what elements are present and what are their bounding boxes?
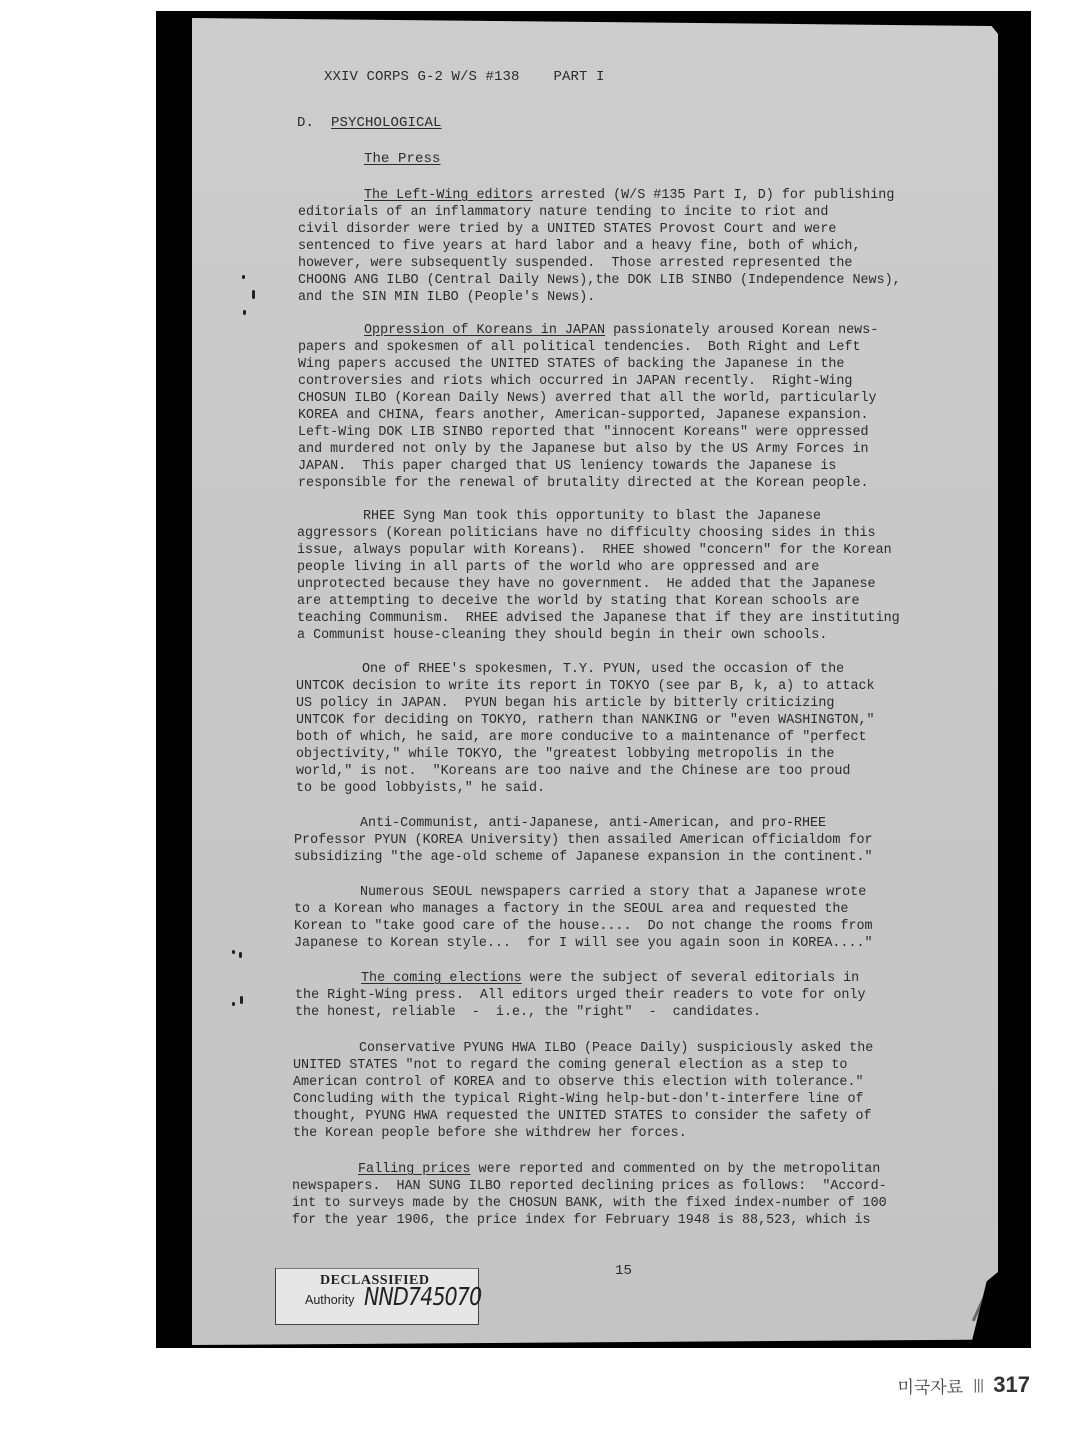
paragraph-line: CHOSUN ILBO (Korean Daily News) averred … <box>298 390 958 407</box>
paragraph-oppression-of-koreans: Oppression of Koreans in JAPAN passionat… <box>298 322 958 492</box>
paragraph-line: Left-Wing DOK LIB SINBO reported that "i… <box>298 424 958 441</box>
paragraph-pyung-hwa-ilbo: Conservative PYUNG HWA ILBO (Peace Daily… <box>293 1040 953 1142</box>
paragraph-pyun-spokesman: One of RHEE's spokesmen, T.Y. PYUN, used… <box>296 661 956 797</box>
stamp-authority-code: NND745070 <box>364 1282 481 1311</box>
paragraph-line: Oppression of Koreans in JAPAN passionat… <box>298 322 958 339</box>
margin-mark <box>242 275 245 279</box>
footer-separator: ||| <box>973 1378 983 1393</box>
paragraph-line: newspapers. HAN SUNG ILBO reported decli… <box>292 1178 952 1195</box>
paragraph-lead: Falling prices <box>358 1162 471 1177</box>
paragraph-line: people living in all parts of the world … <box>297 559 957 576</box>
paragraph-line: Falling prices were reported and comment… <box>292 1161 952 1178</box>
paragraph-coming-elections: The coming elections were the subject of… <box>295 970 955 1021</box>
document-page: XXIV CORPS G-2 W/S #138 PART I D. PSYCHO… <box>192 18 998 1345</box>
paragraph-line: Anti-Communist, anti-Japanese, anti-Amer… <box>294 815 954 832</box>
paragraph-line: Japanese to Korean style... for I will s… <box>294 935 954 952</box>
paragraph-line: US policy in JAPAN. PYUN began his artic… <box>296 695 956 712</box>
paragraph-line: to a Korean who manages a factory in the… <box>294 901 954 918</box>
margin-mark <box>252 290 255 299</box>
paragraph-line: Wing papers accused the UNITED STATES of… <box>298 356 958 373</box>
paragraph-rhee-syng-man: RHEE Syng Man took this opportunity to b… <box>297 508 957 644</box>
paragraph-line: are attempting to deceive the world by s… <box>297 593 957 610</box>
sub-heading: The Press <box>364 151 441 168</box>
paragraph-line: aggressors (Korean politicians have no d… <box>297 525 957 542</box>
paragraph-line: editorials of an inflammatory nature ten… <box>298 204 958 221</box>
paragraph-line: to be good lobbyists," he said. <box>296 780 956 797</box>
paragraph-line: the Korean people before she withdrew he… <box>293 1125 953 1142</box>
document-page-number: 15 <box>615 1263 632 1280</box>
declassified-stamp: DECLASSIFIED Authority NND745070 <box>275 1268 479 1325</box>
margin-mark <box>232 1002 235 1006</box>
paragraph-line: world," is not. "Koreans are too naive a… <box>296 763 956 780</box>
paragraph-line: the Right-Wing press. All editors urged … <box>295 987 955 1004</box>
paragraph-line: thought, PYUNG HWA requested the UNITED … <box>293 1108 953 1125</box>
paragraph-line: civil disorder were tried by a UNITED ST… <box>298 221 958 238</box>
paragraph-line: Concluding with the typical Right-Wing h… <box>293 1091 953 1108</box>
stamp-authority-label: Authority <box>305 1293 354 1307</box>
section-prefix: D. <box>297 115 314 131</box>
paragraph-line: Conservative PYUNG HWA ILBO (Peace Daily… <box>293 1040 953 1057</box>
paragraph-line: Korean to "take good care of the house..… <box>294 918 954 935</box>
paragraph-line: KOREA and CHINA, fears another, American… <box>298 407 958 424</box>
paragraph-line: teaching Communism. RHEE advised the Jap… <box>297 610 957 627</box>
paragraph-line: controversies and riots which occurred i… <box>298 373 958 390</box>
footer-section-label: 미국자료 <box>897 1373 963 1398</box>
paragraph-line: a Communist house-cleaning they should b… <box>297 627 957 644</box>
paragraph-line: unprotected because they have no governm… <box>297 576 957 593</box>
paragraph-line: UNTCOK decision to write its report in T… <box>296 678 956 695</box>
paragraph-line: RHEE Syng Man took this opportunity to b… <box>297 508 957 525</box>
paragraph-line: issue, always popular with Koreans). RHE… <box>297 542 957 559</box>
paragraph-line: CHOONG ANG ILBO (Central Daily News),the… <box>298 272 958 289</box>
paragraph-line: The Left-Wing editors arrested (W/S #135… <box>298 187 958 204</box>
paragraph-left-wing-editors: The Left-Wing editors arrested (W/S #135… <box>298 187 958 306</box>
paragraph-line: however, were subsequently suspended. Th… <box>298 255 958 272</box>
scanned-document-frame: XXIV CORPS G-2 W/S #138 PART I D. PSYCHO… <box>156 11 1031 1348</box>
paragraph-professor-pyun: Anti-Communist, anti-Japanese, anti-Amer… <box>294 815 954 866</box>
paragraph-line: and the SIN MIN ILBO (People's News). <box>298 289 958 306</box>
paragraph-line: and murdered not only by the Japanese bu… <box>298 441 958 458</box>
paragraph-lead: Oppression of Koreans in JAPAN <box>364 323 605 338</box>
paragraph-line: Numerous SEOUL newspapers carried a stor… <box>294 884 954 901</box>
margin-mark <box>232 950 235 954</box>
paragraph-falling-prices: Falling prices were reported and comment… <box>292 1161 952 1229</box>
paragraph-line: int to surveys made by the CHOSUN BANK, … <box>292 1195 952 1212</box>
paragraph-lead: The coming elections <box>361 971 522 986</box>
paragraph-line: UNITED STATES "not to regard the coming … <box>293 1057 953 1074</box>
paragraph-line: One of RHEE's spokesmen, T.Y. PYUN, used… <box>296 661 956 678</box>
paragraph-lead: The Left-Wing editors <box>364 188 533 203</box>
margin-mark <box>243 310 246 315</box>
paragraph-line: The coming elections were the subject of… <box>295 970 955 987</box>
paragraph-line: American control of KOREA and to observe… <box>293 1074 953 1091</box>
paragraph-line: both of which, he said, are more conduci… <box>296 729 956 746</box>
section-heading: D. PSYCHOLOGICAL <box>297 115 442 132</box>
footer-page-number: 317 <box>993 1372 1030 1398</box>
paragraph-line: subsidizing "the age-old scheme of Japan… <box>294 849 954 866</box>
document-header: XXIV CORPS G-2 W/S #138 PART I <box>324 69 605 86</box>
paragraph-line: papers and spokesmen of all political te… <box>298 339 958 356</box>
paragraph-line: responsible for the renewal of brutality… <box>298 475 958 492</box>
margin-mark <box>240 996 243 1004</box>
paragraph-seoul-newspapers: Numerous SEOUL newspapers carried a stor… <box>294 884 954 952</box>
book-footer: 미국자료 ||| 317 <box>897 1372 1030 1398</box>
page-corner-tear <box>972 1284 992 1322</box>
paragraph-line: JAPAN. This paper charged that US lenien… <box>298 458 958 475</box>
paragraph-line: sentenced to five years at hard labor an… <box>298 238 958 255</box>
paragraph-line: UNTCOK for deciding on TOKYO, rathern th… <box>296 712 956 729</box>
margin-mark <box>239 952 242 958</box>
paragraph-line: for the year 1906, the price index for F… <box>292 1212 952 1229</box>
paragraph-line: objectivity," while TOKYO, the "greatest… <box>296 746 956 763</box>
section-title: PSYCHOLOGICAL <box>331 115 442 131</box>
paragraph-line: Professor PYUN (KOREA University) then a… <box>294 832 954 849</box>
paragraph-line: the honest, reliable - i.e., the "right"… <box>295 1004 955 1021</box>
